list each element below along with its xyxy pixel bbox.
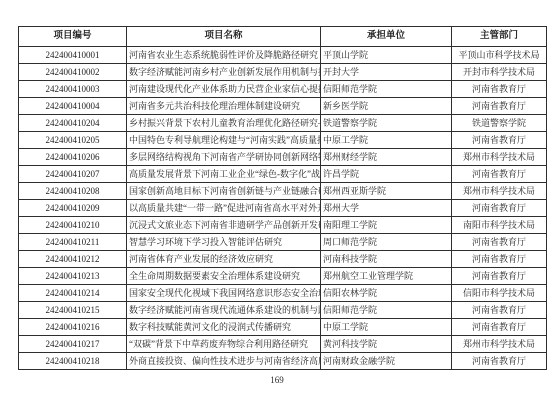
cell-undertaker: 开封大学 (321, 64, 452, 81)
cell-undertaker: 平顶山学院 (321, 47, 452, 64)
cell-undertaker: 中原工学院 (321, 319, 452, 336)
cell-project-name: 中国特色专利导航理论构建与“河南实践”高质量指引研究 (127, 132, 321, 149)
cell-undertaker: 郑州大学 (321, 200, 452, 217)
table-row: 242400410215数字经济赋能河南省现代流通体系建设的机制与路径研究信阳师… (19, 302, 547, 319)
cell-project-name: 智慧学习环境下学习投入智能评估研究 (127, 234, 321, 251)
cell-project-id: 242400410216 (19, 319, 127, 336)
cell-project-id: 242400410205 (19, 132, 127, 149)
table-row: 242400410208国家创新高地目标下河南省创新链与产业链融合研究郑州西亚斯… (19, 183, 547, 200)
table-row: 242400410217“双碳”背景下中草药废弃物综合利用路径研究黄河科技学院郑… (19, 336, 547, 353)
cell-project-id: 242400410208 (19, 183, 127, 200)
cell-department: 信阳市科学技术局 (452, 285, 547, 302)
cell-undertaker: 南阳理工学院 (321, 217, 452, 234)
table-row: 242400410209以高质量共建“一带一路”促进河南省高水平对外开放郑州大学… (19, 200, 547, 217)
header-label-undertaker: 承担单位 (367, 31, 405, 41)
header-cell-undertaker: 承担单位 (321, 27, 452, 47)
table-row: 242400410206多层网络结构视角下河南省产学研协同创新网络特征与优化策略… (19, 149, 547, 166)
cell-project-name: 河南建设现代化产业体系助力民营企业家信心提振的机理与路径研究 (127, 81, 321, 98)
cell-department: 郑州市科学技术局 (452, 183, 547, 200)
cell-department: 南阳市科学技术局 (452, 217, 547, 234)
cell-project-id: 242400410217 (19, 336, 127, 353)
cell-project-id: 242400410001 (19, 47, 127, 64)
header-label-department: 主管部门 (480, 31, 518, 41)
table-row: 242400410001河南省农业生态系统脆弱性评价及降脆路径研究平顶山学院平顶… (19, 47, 547, 64)
cell-department: 河南省教育厅 (452, 166, 547, 183)
cell-undertaker: 中原工学院 (321, 132, 452, 149)
cell-project-name: 国家安全现代化视域下我国网络意识形态安全治理研究 (127, 285, 321, 302)
cell-project-id: 242400410003 (19, 81, 127, 98)
cell-project-id: 242400410210 (19, 217, 127, 234)
cell-undertaker: 河南财政金融学院 (321, 353, 452, 370)
cell-project-name: “双碳”背景下中草药废弃物综合利用路径研究 (127, 336, 321, 353)
table-row: 242400410211智慧学习环境下学习投入智能评估研究周口师范学院河南省教育… (19, 234, 547, 251)
table-row: 242400410210沉浸式文旅业态下河南省非遗研学产品创新开发研究南阳理工学… (19, 217, 547, 234)
cell-project-name: 全生命周期数据要素安全治理体系建设研究 (127, 268, 321, 285)
cell-undertaker: 许昌学院 (321, 166, 452, 183)
cell-project-name: 河南省多元共治科技伦理治理体制建设研究 (127, 98, 321, 115)
cell-project-name: 数字科技赋能黄河文化的浸润式传播研究 (127, 319, 321, 336)
cell-department: 河南省教育厅 (452, 319, 547, 336)
table-row: 242400410002数字经济赋能河南乡村产业创新发展作用机制与提升策略研究开… (19, 64, 547, 81)
cell-department: 郑州市科学技术局 (452, 336, 547, 353)
table-row: 242400410214国家安全现代化视域下我国网络意识形态安全治理研究信阳农林… (19, 285, 547, 302)
document-page: 项目编号项目名称承担单位主管部门 242400410001河南省农业生态系统脆弱… (0, 0, 554, 393)
table-row: 242400410212河南省体育产业发展的经济效应研究河南科技学院河南省教育厅 (19, 251, 547, 268)
cell-project-id: 242400410212 (19, 251, 127, 268)
cell-project-name: 河南省农业生态系统脆弱性评价及降脆路径研究 (127, 47, 321, 64)
cell-project-id: 242400410213 (19, 268, 127, 285)
cell-undertaker: 信阳农林学院 (321, 285, 452, 302)
cell-department: 河南省教育厅 (452, 251, 547, 268)
cell-department: 郑州市科学技术局 (452, 149, 547, 166)
cell-undertaker: 河南科技学院 (321, 251, 452, 268)
cell-project-name: 河南省体育产业发展的经济效应研究 (127, 251, 321, 268)
cell-project-name: 高质量发展背景下河南工业企业“绿色-数字化”战略融合的路径机制研究 (127, 166, 321, 183)
cell-undertaker: 铁道警察学院 (321, 115, 452, 132)
table-row: 242400410003河南建设现代化产业体系助力民营企业家信心提振的机理与路径… (19, 81, 547, 98)
cell-project-id: 242400410218 (19, 353, 127, 370)
cell-undertaker: 郑州财经学院 (321, 149, 452, 166)
cell-department: 河南省教育厅 (452, 200, 547, 217)
cell-project-id: 242400410209 (19, 200, 127, 217)
cell-department: 河南省教育厅 (452, 81, 547, 98)
table-row: 242400410004河南省多元共治科技伦理治理体制建设研究新乡医学院河南省教… (19, 98, 547, 115)
projects-table: 项目编号项目名称承担单位主管部门 242400410001河南省农业生态系统脆弱… (18, 26, 547, 370)
cell-project-name: 外商直接投资、偏向性技术进步与河南省经济高质量发展研究 (127, 353, 321, 370)
cell-project-id: 242400410002 (19, 64, 127, 81)
cell-department: 河南省教育厅 (452, 98, 547, 115)
table-row: 242400410216数字科技赋能黄河文化的浸润式传播研究中原工学院河南省教育… (19, 319, 547, 336)
cell-department: 河南省教育厅 (452, 268, 547, 285)
cell-project-id: 242400410215 (19, 302, 127, 319)
cell-project-id: 242400410207 (19, 166, 127, 183)
cell-project-id: 242400410211 (19, 234, 127, 251)
header-label-project-name: 项目名称 (204, 31, 242, 41)
cell-undertaker: 郑州西亚斯学院 (321, 183, 452, 200)
page-number: 169 (0, 375, 554, 385)
cell-undertaker: 信阳师范学院 (321, 302, 452, 319)
cell-project-name: 多层网络结构视角下河南省产学研协同创新网络特征与优化策略研究 (127, 149, 321, 166)
header-cell-department: 主管部门 (452, 27, 547, 47)
cell-project-id: 242400410206 (19, 149, 127, 166)
cell-project-name: 沉浸式文旅业态下河南省非遗研学产品创新开发研究 (127, 217, 321, 234)
cell-department: 铁道警察学院 (452, 115, 547, 132)
cell-undertaker: 新乡医学院 (321, 98, 452, 115)
table-row: 242400410204乡村振兴背景下农村儿童教育治理优化路径研究——以河南省 … (19, 115, 547, 132)
cell-department: 河南省教育厅 (452, 302, 547, 319)
header-label-project-id: 项目编号 (53, 31, 91, 41)
header-cell-project-name: 项目名称 (127, 27, 321, 47)
cell-project-name: 数字经济赋能河南乡村产业创新发展作用机制与提升策略研究 (127, 64, 321, 81)
table-row: 242400410218外商直接投资、偏向性技术进步与河南省经济高质量发展研究河… (19, 353, 547, 370)
header-cell-project-id: 项目编号 (19, 27, 127, 47)
cell-project-id: 242400410214 (19, 285, 127, 302)
cell-project-name: 国家创新高地目标下河南省创新链与产业链融合研究 (127, 183, 321, 200)
cell-project-id: 242400410204 (19, 115, 127, 132)
cell-department: 河南省教育厅 (452, 234, 547, 251)
cell-project-name: 以高质量共建“一带一路”促进河南省高水平对外开放 (127, 200, 321, 217)
cell-project-name: 乡村振兴背景下农村儿童教育治理优化路径研究——以河南省 A 县为例 (127, 115, 321, 132)
cell-project-id: 242400410004 (19, 98, 127, 115)
cell-department: 河南省教育厅 (452, 132, 547, 149)
cell-undertaker: 周口师范学院 (321, 234, 452, 251)
cell-department: 平顶山市科学技术局 (452, 47, 547, 64)
cell-undertaker: 郑州航空工业管理学院 (321, 268, 452, 285)
table-row: 242400410207高质量发展背景下河南工业企业“绿色-数字化”战略融合的路… (19, 166, 547, 183)
cell-undertaker: 黄河科技学院 (321, 336, 452, 353)
table-row: 242400410205中国特色专利导航理论构建与“河南实践”高质量指引研究中原… (19, 132, 547, 149)
header-row: 项目编号项目名称承担单位主管部门 (19, 27, 547, 47)
table-row: 242400410213全生命周期数据要素安全治理体系建设研究郑州航空工业管理学… (19, 268, 547, 285)
cell-department: 河南省教育厅 (452, 353, 547, 370)
cell-project-name: 数字经济赋能河南省现代流通体系建设的机制与路径研究 (127, 302, 321, 319)
cell-department: 开封市科学技术局 (452, 64, 547, 81)
cell-undertaker: 信阳师范学院 (321, 81, 452, 98)
